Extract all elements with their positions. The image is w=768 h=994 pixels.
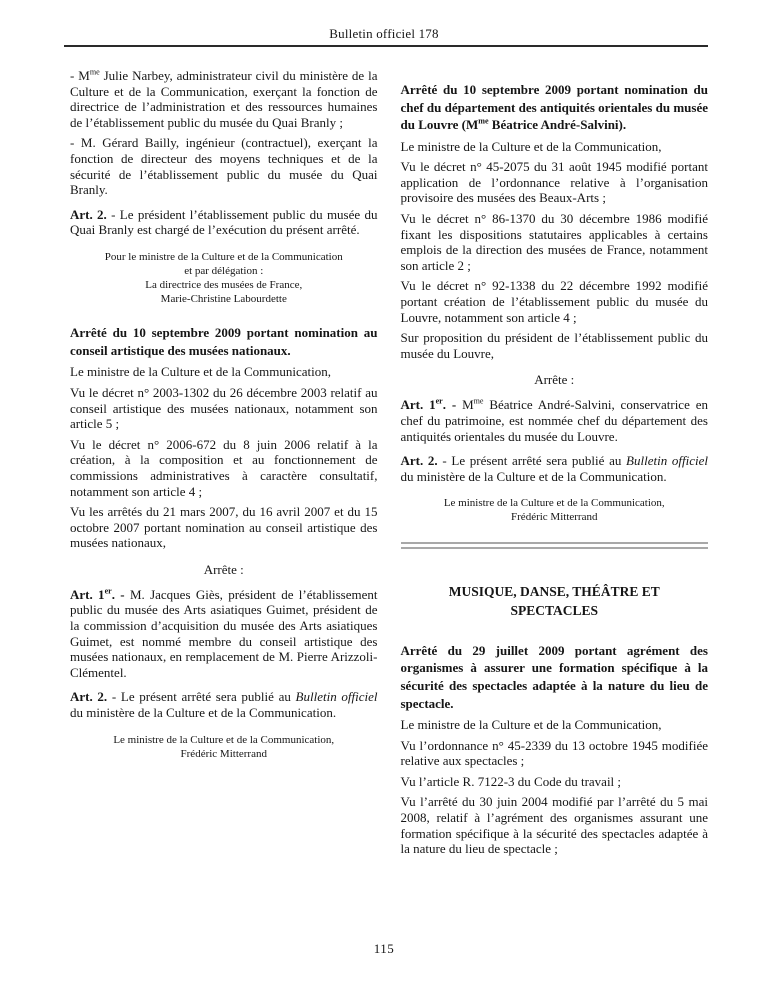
text-segment: - M xyxy=(70,68,90,83)
text-segment: Arrêté du 29 juillet 2009 portant agréme… xyxy=(401,643,709,711)
text-segment: Bulletin officiel xyxy=(626,453,708,468)
text-segment: - Le présent arrêté sera publié au xyxy=(438,453,626,468)
signature-line: Frédéric Mitterrand xyxy=(70,747,378,761)
text-segment: Vu l’article R. 7122-3 du Code du travai… xyxy=(401,774,622,789)
signature-line: Frédéric Mitterrand xyxy=(401,510,709,524)
article-paragraph: Art. 1er. - M. Jacques Giès, président d… xyxy=(70,587,378,681)
body-paragraph: - Mme Julie Narbey, administrateur civil… xyxy=(70,68,378,130)
arrete-label: Arrête : xyxy=(70,562,378,578)
text-segment: MUSIQUE, DANSE, THÉÂTRE ET SPECTACLES xyxy=(449,584,660,617)
decree-heading: Arrêté du 10 septembre 2009 portant nomi… xyxy=(70,324,378,359)
text-segment: du ministère de la Culture et de la Comm… xyxy=(401,469,667,484)
body-paragraph: Vu le décret n° 45-2075 du 31 août 1945 … xyxy=(401,159,709,206)
text-segment: M xyxy=(456,397,473,412)
text-segment: Art. 2. xyxy=(70,207,107,222)
text-segment: me xyxy=(478,117,488,126)
text-segment: Le ministre de la Culture et de la Commu… xyxy=(70,364,331,379)
text-segment: - M. Gérard Bailly, ingénieur (contractu… xyxy=(70,135,378,197)
text-segment: . - xyxy=(443,397,456,412)
text-segment: Vu le décret n° 2006-672 du 8 juin 2006 … xyxy=(70,437,378,499)
section-title: MUSIQUE, DANSE, THÉÂTRE ET SPECTACLES xyxy=(429,583,681,619)
section-divider xyxy=(401,542,709,549)
page-number: 115 xyxy=(374,941,395,956)
text-segment: . - xyxy=(112,587,125,602)
body-paragraph: Vu l’article R. 7122-3 du Code du travai… xyxy=(401,774,709,790)
body-paragraph: Sur proposition du président de l’établi… xyxy=(401,330,709,361)
signature-block: Le ministre de la Culture et de la Commu… xyxy=(401,496,709,524)
text-segment: Vu le décret n° 92-1338 du 22 décembre 1… xyxy=(401,278,709,324)
signature-line: Marie-Christine Labourdette xyxy=(70,292,378,306)
text-segment: Art. 1 xyxy=(401,397,436,412)
body-paragraph: Vu le décret n° 92-1338 du 22 décembre 1… xyxy=(401,278,709,325)
body-paragraph: Vu l’ordonnance n° 45-2339 du 13 octobre… xyxy=(401,738,709,769)
left-column: - Mme Julie Narbey, administrateur civil… xyxy=(70,63,378,857)
signature-line: Pour le ministre de la Culture et de la … xyxy=(70,250,378,264)
signature-line: Le ministre de la Culture et de la Commu… xyxy=(401,496,709,510)
page-footer: 115 xyxy=(0,941,768,957)
body-paragraph: Vu le décret n° 86-1370 du 30 décembre 1… xyxy=(401,211,709,273)
text-segment: Art. 2. xyxy=(401,453,438,468)
signature-block: Pour le ministre de la Culture et de la … xyxy=(70,250,378,306)
body-paragraph: Vu le décret n° 2003-1302 du 26 décembre… xyxy=(70,385,378,432)
text-segment: Art. 1 xyxy=(70,587,105,602)
text-segment: Vu le décret n° 45-2075 du 31 août 1945 … xyxy=(401,159,709,205)
text-segment: Le ministre de la Culture et de la Commu… xyxy=(401,139,662,154)
arrete-label: Arrête : xyxy=(401,372,709,388)
text-segment: me xyxy=(474,397,484,406)
text-segment: Béatrice André-Salvini). xyxy=(489,117,627,132)
text-segment: - Le présent arrêté sera publié au xyxy=(107,689,295,704)
body-paragraph: Le ministre de la Culture et de la Commu… xyxy=(70,364,378,380)
body-paragraph: Vu le décret n° 2006-672 du 8 juin 2006 … xyxy=(70,437,378,499)
body-paragraph: Vu les arrêtés du 21 mars 2007, du 16 av… xyxy=(70,504,378,551)
body-paragraph: Vu l’arrêté du 30 juin 2004 modifié par … xyxy=(401,794,709,856)
signature-block: Le ministre de la Culture et de la Commu… xyxy=(70,733,378,761)
signature-line: Le ministre de la Culture et de la Commu… xyxy=(70,733,378,747)
article-paragraph: Art. 2. - Le présent arrêté sera publié … xyxy=(401,453,709,484)
text-segment: Vu l’arrêté du 30 juin 2004 modifié par … xyxy=(401,794,709,856)
text-segment: Art. 2. xyxy=(70,689,107,704)
decree-heading: Arrêté du 29 juillet 2009 portant agréme… xyxy=(401,642,709,712)
body-paragraph: Le ministre de la Culture et de la Commu… xyxy=(401,139,709,155)
bulletin-page: Bulletin officiel 178 - Mme Julie Narbey… xyxy=(0,0,768,994)
text-segment: Vu le décret n° 86-1370 du 30 décembre 1… xyxy=(401,211,709,273)
signature-line: et par délégation : xyxy=(70,264,378,278)
text-segment: du ministère de la Culture et de la Comm… xyxy=(70,705,336,720)
body-paragraph: Le ministre de la Culture et de la Commu… xyxy=(401,717,709,733)
text-segment: me xyxy=(90,68,100,77)
text-segment: Arrête : xyxy=(204,562,244,577)
signature-line: La directrice des musées de France, xyxy=(70,278,378,292)
text-segment: Arrêté du 10 septembre 2009 portant nomi… xyxy=(70,325,378,358)
text-segment: Arrête : xyxy=(534,372,574,387)
text-segment: - Le président l’établissement public du… xyxy=(70,207,377,238)
text-segment: Le ministre de la Culture et de la Commu… xyxy=(401,717,662,732)
article-paragraph: Art. 1er. - Mme Béatrice André-Salvini, … xyxy=(401,397,709,444)
article-paragraph: Art. 2. - Le président l’établissement p… xyxy=(70,207,378,238)
text-segment: er xyxy=(436,397,443,406)
article-paragraph: Art. 2. - Le présent arrêté sera publié … xyxy=(70,689,378,720)
text-segment: Vu le décret n° 2003-1302 du 26 décembre… xyxy=(70,385,378,431)
text-segment: er xyxy=(105,587,112,596)
two-column-body: - Mme Julie Narbey, administrateur civil… xyxy=(0,47,768,857)
page-header-title: Bulletin officiel 178 xyxy=(329,26,438,41)
decree-heading: Arrêté du 10 septembre 2009 portant nomi… xyxy=(401,81,709,134)
right-column: Arrêté du 10 septembre 2009 portant nomi… xyxy=(401,63,709,857)
text-segment: Julie Narbey, administrateur civil du mi… xyxy=(70,68,378,130)
page-header: Bulletin officiel 178 xyxy=(0,0,768,42)
text-segment: Sur proposition du président de l’établi… xyxy=(401,330,709,361)
body-paragraph: - M. Gérard Bailly, ingénieur (contractu… xyxy=(70,135,378,197)
text-segment: Vu les arrêtés du 21 mars 2007, du 16 av… xyxy=(70,504,378,550)
text-segment: Bulletin officiel xyxy=(296,689,378,704)
text-segment: Vu l’ordonnance n° 45-2339 du 13 octobre… xyxy=(401,738,709,769)
